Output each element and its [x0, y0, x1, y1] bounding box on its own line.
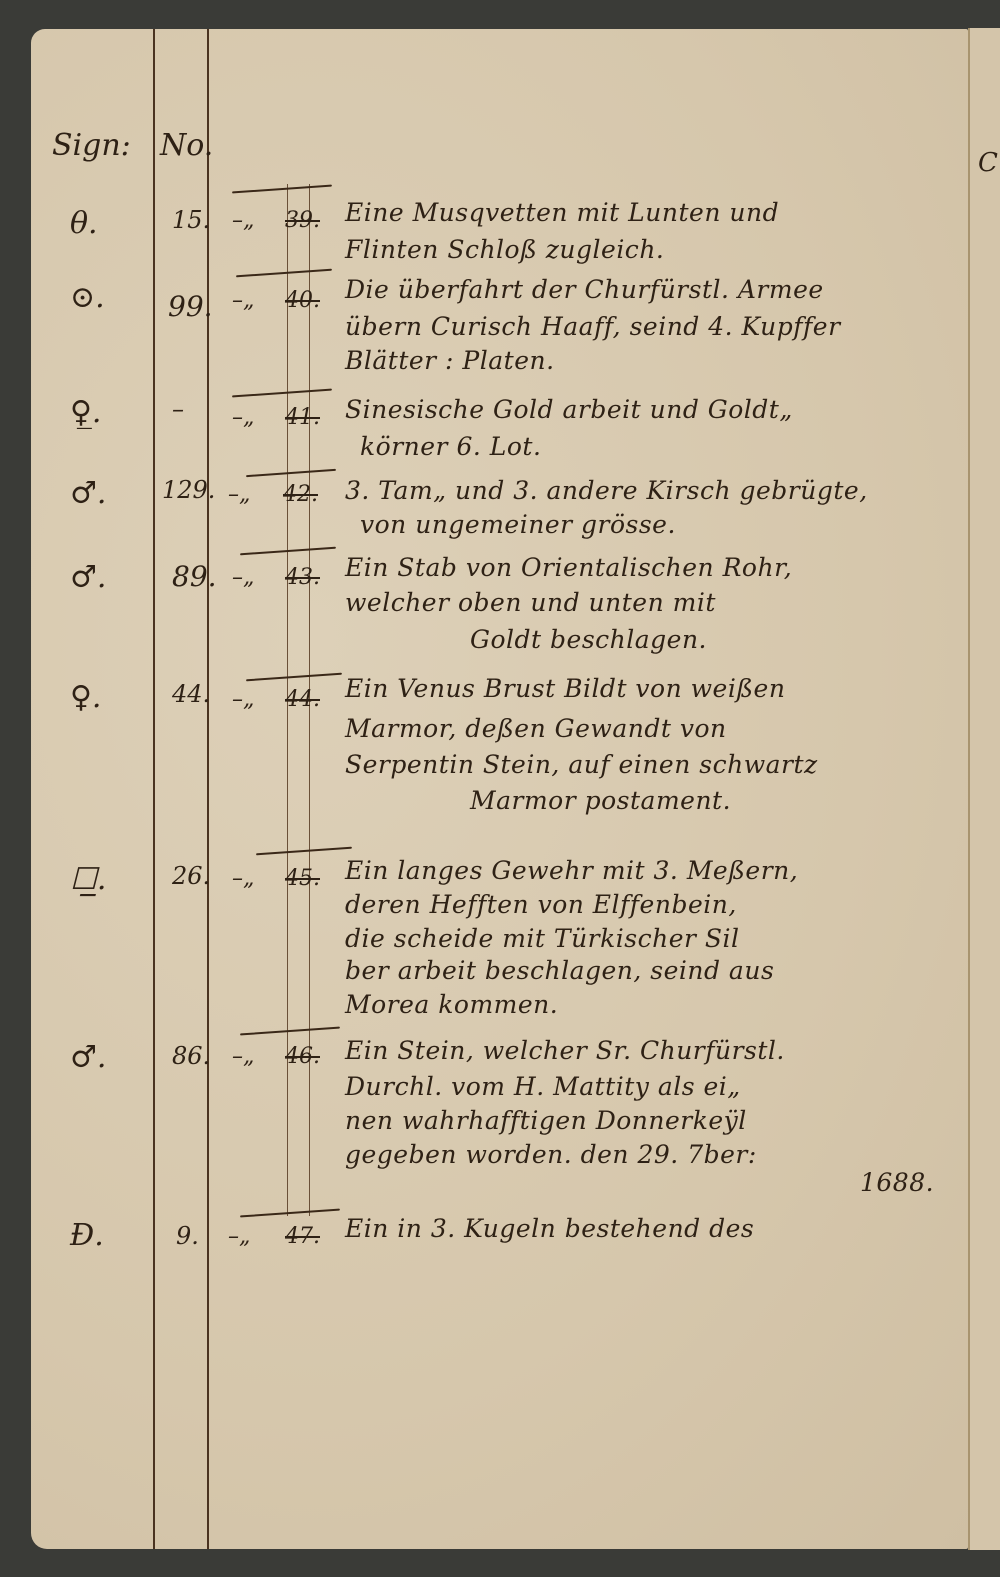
entry-line: deren Hefften von Elffenbein, — [345, 890, 737, 919]
entry-number: 15. — [172, 206, 210, 234]
entry-number: 99. — [168, 290, 213, 323]
entry-line: Goldt beschlagen. — [470, 625, 707, 654]
facing-page-text: C — [978, 148, 998, 178]
alchemical-symbol-icon: ♀̲. — [70, 395, 101, 430]
entry-line: Ein in 3. Kugeln bestehend des — [345, 1214, 754, 1243]
ref-number: 45. — [285, 866, 320, 891]
entry-line: Serpentin Stein, auf einen schwartz — [345, 750, 818, 779]
header-sign: Sign: — [52, 128, 131, 163]
entry-line: Ein Stein, welcher Sr. Churfürstl. — [345, 1036, 785, 1065]
entry-number: 129. — [162, 476, 215, 504]
entry-number: 9. — [176, 1222, 199, 1250]
ref-prefix: –„ — [232, 866, 254, 891]
alchemical-symbol-icon: ☐̲. — [70, 862, 106, 897]
entry-number: 89. — [172, 560, 217, 593]
entry-line: Flinten Schloß zugleich. — [345, 235, 664, 264]
entry-line: Ein Stab von Orientalischen Rohr, — [345, 553, 792, 582]
ref-prefix: –„ — [232, 565, 254, 590]
entry-number: 26. — [172, 862, 210, 890]
entry-line: 1688. — [860, 1168, 934, 1197]
ref-prefix: –„ — [228, 1224, 250, 1249]
header-number: No. — [160, 128, 213, 163]
alchemical-symbol-icon: θ. — [70, 206, 98, 241]
column-rule-number — [207, 29, 209, 1549]
ref-prefix: –„ — [232, 288, 254, 313]
ref-number: 46. — [285, 1044, 320, 1069]
entry-line: Morea kommen. — [345, 990, 558, 1019]
entry-line: Ein Venus Brust Bildt von weißen — [345, 674, 785, 703]
ref-prefix: –„ — [232, 208, 254, 233]
facing-page-edge: C — [968, 28, 1000, 1550]
alchemical-symbol-icon: ♂. — [70, 1040, 106, 1075]
entry-line: welcher oben und unten mit — [345, 588, 716, 617]
entry-line: Die überfahrt der Churfürstl. Armee — [345, 275, 824, 304]
alchemical-symbol-icon: ♀. — [70, 680, 101, 715]
alchemical-symbol-icon: ⊙. — [70, 280, 105, 315]
entry-number: 86. — [172, 1042, 210, 1070]
entry-line: von ungemeiner grösse. — [360, 510, 676, 539]
entry-line: Sinesische Gold arbeit und Goldt„ — [345, 395, 793, 424]
entry-line: ber arbeit beschlagen, seind aus — [345, 956, 774, 985]
entry-line: Marmor, deßen Gewandt von — [345, 714, 727, 743]
entry-line: die scheide mit Türkischer Sil — [345, 924, 740, 953]
column-rule-sign — [153, 29, 155, 1549]
ref-prefix: –„ — [232, 1044, 254, 1069]
entry-line: Ein langes Gewehr mit 3. Meßern, — [345, 856, 798, 885]
ref-prefix: –„ — [232, 687, 254, 712]
entry-line: gegeben worden. den 29. 7ber: — [345, 1140, 757, 1169]
entry-line: Eine Musqvetten mit Lunten und — [345, 198, 779, 227]
entry-number: 44. — [172, 680, 210, 708]
alchemical-symbol-icon: Ɖ. — [70, 1218, 104, 1253]
ref-number: 43. — [285, 565, 320, 590]
ref-number: 42. — [283, 482, 318, 507]
ref-prefix: –„ — [232, 405, 254, 430]
ref-number: 40. — [285, 288, 320, 313]
ref-number: 44. — [285, 687, 320, 712]
ref-number: 41. — [285, 405, 320, 430]
entry-line: übern Curisch Haaff, seind 4. Kupffer — [345, 312, 841, 341]
entry-line: 3. Tam„ und 3. andere Kirsch gebrügte, — [345, 476, 868, 505]
alchemical-symbol-icon: ♂. — [70, 560, 106, 595]
alchemical-symbol-icon: ♂. — [70, 476, 106, 511]
entry-line: Marmor postament. — [470, 786, 731, 815]
ref-prefix: –„ — [228, 482, 250, 507]
ref-number: 39. — [285, 208, 320, 233]
ref-number: 47. — [285, 1224, 320, 1249]
entry-line: nen wahrhafftigen Donnerkeÿl — [345, 1106, 747, 1135]
entry-number: – — [172, 395, 184, 423]
entry-line: Durchl. vom H. Mattity als ei„ — [345, 1072, 741, 1101]
entry-line: körner 6. Lot. — [360, 432, 541, 461]
entry-line: Blätter : Platen. — [345, 346, 555, 375]
